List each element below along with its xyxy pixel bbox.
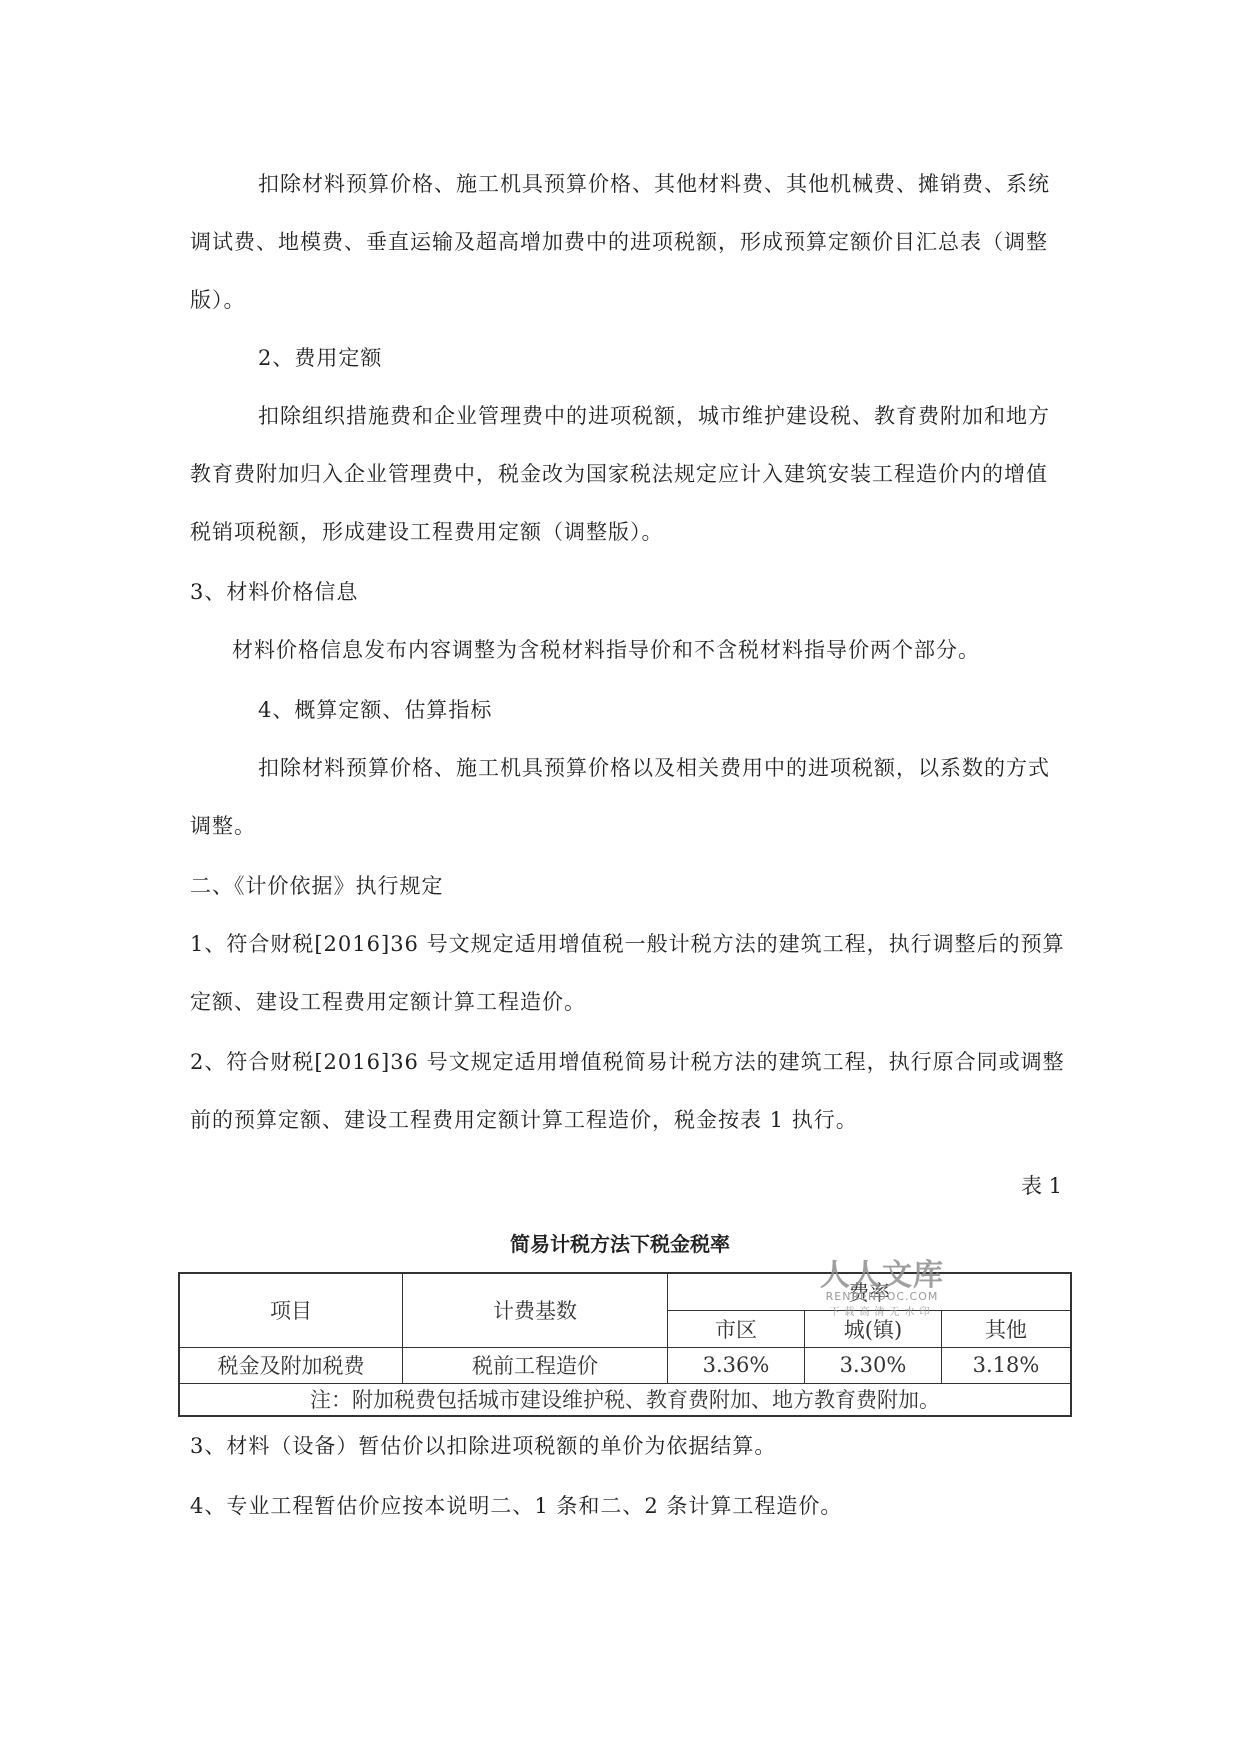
table-title: 简易计税方法下税金税率: [0, 1228, 1240, 1257]
paragraph-line: 调试费、地模费、垂直运输及超高增加费中的进项税额，形成预算定额价目汇总表（调整: [190, 228, 1048, 256]
header-base: 计费基数: [403, 1273, 668, 1347]
table-row: 税金及附加税费 税前工程造价 3.36% 3.30% 3.18%: [179, 1347, 1071, 1383]
paragraph-line: 3、材料价格信息: [190, 578, 358, 606]
paragraph-line: 扣除材料预算价格、施工机具预算价格、其他材料费、其他机械费、摊销费、系统: [258, 170, 1050, 198]
tax-rate-table: 项目 计费基数 费率 市区 城(镇) 其他 税金及附加税费 税前工程造价 3.3…: [178, 1272, 1072, 1417]
table-number-label: 表 1: [1021, 1170, 1062, 1200]
paragraph-line: 4、专业工程暂估价应按本说明二、1 条和二、2 条计算工程造价。: [190, 1492, 842, 1520]
paragraph-line: 3、材料（设备）暂估价以扣除进项税额的单价为依据结算。: [190, 1432, 776, 1460]
header-rate-group: 费率: [668, 1273, 1072, 1310]
header-rate-urban: 市区: [668, 1310, 805, 1347]
cell-base: 税前工程造价: [403, 1347, 668, 1383]
paragraph-line: 2、费用定额: [258, 344, 382, 372]
paragraph-line: 定额、建设工程费用定额计算工程造价。: [190, 988, 586, 1016]
header-rate-town: 城(镇): [805, 1310, 942, 1347]
paragraph-line: 调整。: [190, 812, 256, 840]
paragraph-line: 扣除组织措施费和企业管理费中的进项税额，城市维护建设税、教育费附加和地方: [258, 402, 1050, 430]
paragraph-line: 税销项税额，形成建设工程费用定额（调整版）。: [190, 518, 664, 546]
cell-rate-town: 3.30%: [805, 1347, 942, 1383]
table-note: 注：附加税费包括城市建设维护税、教育费附加、地方教育费附加。: [179, 1383, 1071, 1416]
paragraph-line: 材料价格信息发布内容调整为含税材料指导价和不含税材料指导价两个部分。: [232, 636, 980, 664]
cell-rate-other: 3.18%: [942, 1347, 1072, 1383]
cell-item: 税金及附加税费: [179, 1347, 403, 1383]
paragraph-line: 教育费附加归入企业管理费中，税金改为国家税法规定应计入建筑安装工程造价内的增值: [190, 460, 1048, 488]
paragraph-line: 2、符合财税[2016]36 号文规定适用增值税简易计税方法的建筑工程，执行原合…: [190, 1048, 1065, 1076]
header-item: 项目: [179, 1273, 403, 1347]
paragraph-line: 版）。: [190, 286, 246, 314]
cell-rate-urban: 3.36%: [668, 1347, 805, 1383]
paragraph-line: 扣除材料预算价格、施工机具预算价格以及相关费用中的进项税额，以系数的方式: [258, 754, 1050, 782]
header-rate-other: 其他: [942, 1310, 1072, 1347]
paragraph-line: 1、符合财税[2016]36 号文规定适用增值税一般计税方法的建筑工程，执行调整…: [190, 930, 1065, 958]
paragraph-line: 4、概算定额、估算指标: [258, 696, 492, 724]
paragraph-line: 二、《计价依据》执行规定: [190, 872, 444, 900]
paragraph-line: 前的预算定额、建设工程费用定额计算工程造价，税金按表 1 执行。: [190, 1106, 858, 1134]
